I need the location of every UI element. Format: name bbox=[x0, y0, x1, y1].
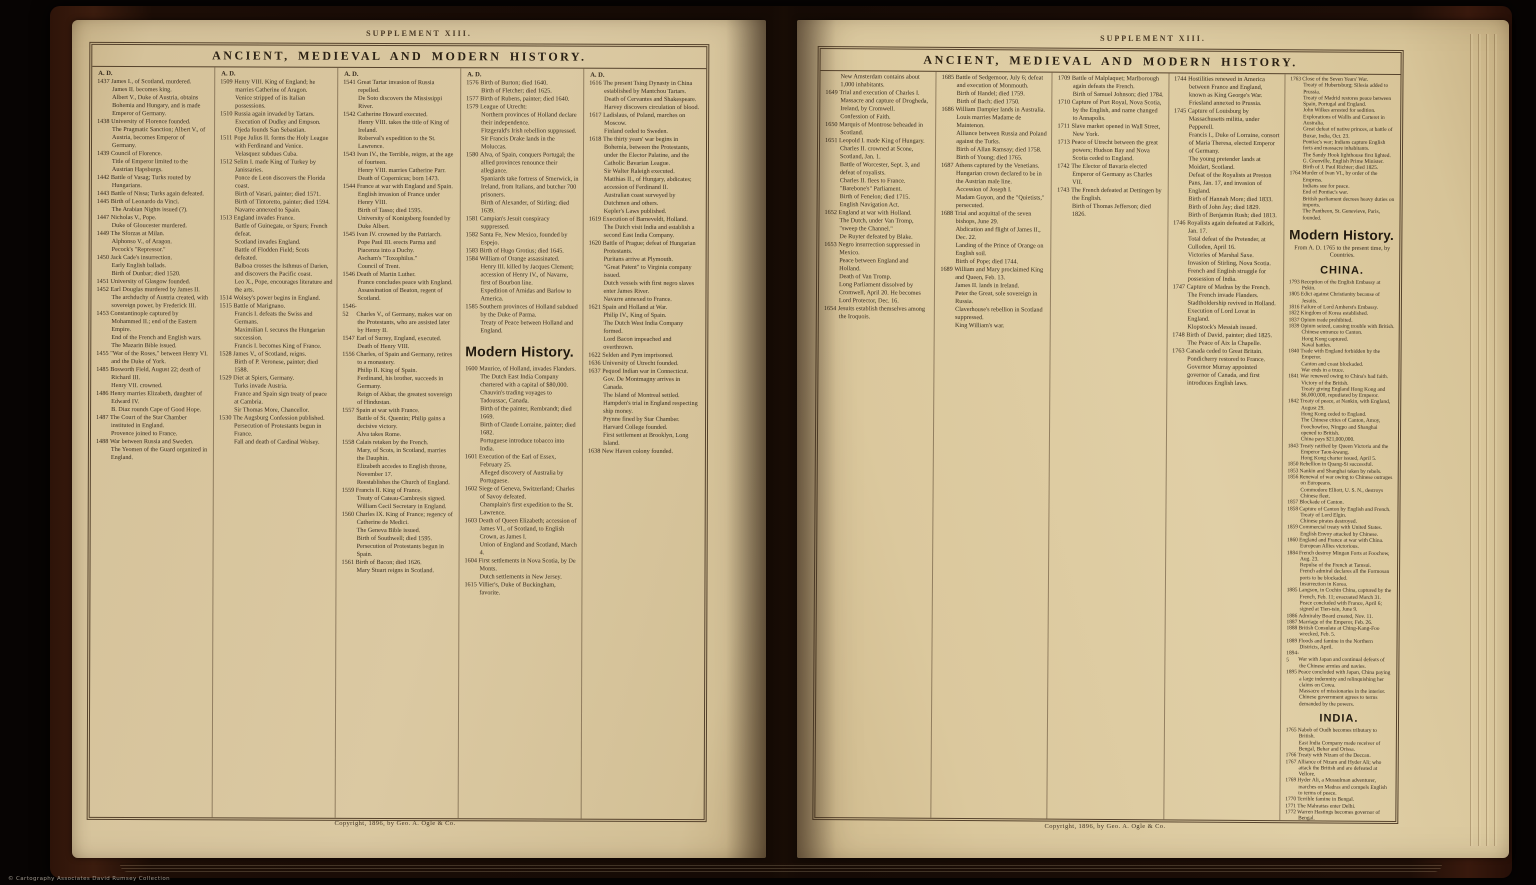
entry-year: 1576 bbox=[466, 79, 480, 87]
history-entry: 1615Villier's, Duke of Buckingham, favor… bbox=[464, 581, 577, 597]
history-entry: Treaty of Hubertsburg; Silesia added to … bbox=[1290, 83, 1396, 96]
history-entry: Persecution of Protestants begun in Fran… bbox=[219, 422, 332, 438]
history-entry: Elizabeth accedes to English throne, Nov… bbox=[342, 463, 455, 479]
history-entry: The Dutch West India Company formed. bbox=[588, 320, 701, 336]
entry-year: 1560 bbox=[342, 511, 356, 519]
entry-year: 1585 bbox=[465, 303, 479, 311]
entry-year: 1688 bbox=[941, 210, 955, 218]
history-entry: Birth of Alexander, of Stirling; died 16… bbox=[466, 199, 579, 215]
entry-year: 1747 bbox=[1173, 283, 1187, 291]
history-entry: 1765Nabob of Oudh becomes tributary to B… bbox=[1286, 727, 1392, 740]
entry-year: 1745 bbox=[1174, 107, 1188, 115]
history-entry: Sir Francis Drake lands in the Moluccas. bbox=[466, 135, 579, 151]
history-entry: 1843Treaty ratified by Queen Victoria an… bbox=[1288, 443, 1394, 456]
entry-year: 1547 bbox=[342, 335, 356, 343]
history-entry: Venice stripped of its Italian possessio… bbox=[220, 94, 333, 110]
entry-year: 1638 bbox=[588, 448, 602, 456]
entry-year: 1544 bbox=[343, 183, 357, 191]
history-entry: 1581Campian's Jesuit conspiracy suppress… bbox=[466, 215, 579, 231]
entry-year: 1711 bbox=[1058, 123, 1072, 131]
entry-year: 1447 bbox=[97, 214, 111, 222]
chronology-column: A. D.1541Great Tartar invasion of Russia… bbox=[336, 68, 462, 818]
history-entry: 1556Charles, of Spain and Germany, retir… bbox=[342, 351, 455, 367]
country-section-heading: INDIA. bbox=[1286, 712, 1392, 725]
entry-year: 1651 bbox=[825, 137, 839, 145]
entry-year: 1652 bbox=[825, 209, 839, 217]
history-entry: 1638New Haven colony founded. bbox=[588, 448, 701, 456]
entry-year: 1485 bbox=[96, 366, 110, 374]
history-entry: Mary Stuart reigns in Scotland. bbox=[342, 567, 455, 575]
entry-year: 1515 bbox=[219, 302, 233, 310]
history-entry: First settlement at Brooklyn, Long Islan… bbox=[588, 432, 701, 448]
column-ad-label: A. D. bbox=[220, 70, 333, 77]
entry-year: 1805 bbox=[1289, 292, 1301, 298]
history-entry: Francis I. defeats the Swiss and Germans… bbox=[219, 310, 332, 326]
history-entry: 1746Royalists again defeated at Falkirk,… bbox=[1173, 219, 1279, 236]
entry-year: 1840 bbox=[1288, 348, 1300, 354]
history-entry: Pontiac's war; Indians capture English f… bbox=[1290, 139, 1396, 152]
history-entry: Henry III. killed by Jacques Clement; ac… bbox=[466, 263, 579, 287]
history-entry: Portuguese introduce tobacco into India. bbox=[465, 437, 578, 453]
entry-year: 1685 bbox=[942, 74, 956, 82]
history-entry: 1455"War of the Roses," between Henry VI… bbox=[96, 350, 209, 366]
history-entry: University of Konigsberg founded by Duke… bbox=[343, 215, 456, 231]
history-entry: Hampden's trial in England respecting sh… bbox=[588, 400, 701, 416]
history-entry: Alliance between Russia and Poland again… bbox=[941, 130, 1047, 147]
text-columns: New Amsterdam contains about 1,000 inhab… bbox=[815, 71, 1400, 821]
entry-year: 1895 bbox=[1286, 669, 1298, 675]
history-entry: Mary, of Scots, in Scotland, marries the… bbox=[342, 447, 455, 463]
entry-year: 1514 bbox=[219, 294, 233, 302]
history-entry: 1745Capture of Louisburg by Massachusett… bbox=[1174, 107, 1280, 132]
history-entry: Spaniards take fortress of Smerwick, in … bbox=[466, 175, 579, 199]
history-entry: Ferdinand, his brother, succeeds in Germ… bbox=[342, 375, 455, 391]
history-entry: 1602Siege of Geneva, Switzerland; Charle… bbox=[465, 485, 578, 501]
history-entry: 1744Hostilities renewed in America betwe… bbox=[1174, 75, 1280, 100]
entry-year: 1561 bbox=[342, 559, 356, 567]
entry-year: 1763 bbox=[1290, 76, 1302, 82]
column-ad-label: A. D. bbox=[589, 72, 702, 79]
entry-year: 1687 bbox=[941, 162, 955, 170]
history-entry: Balboa crosses the Isthmus of Darien, an… bbox=[220, 262, 333, 278]
entry-year: 1455 bbox=[96, 350, 110, 358]
entry-year: 1889 bbox=[1286, 638, 1298, 644]
supplement-label: SUPPLEMENT XIII. bbox=[797, 34, 1509, 43]
history-entry: The archduchy of Austria created, with s… bbox=[96, 294, 209, 310]
history-entry: Maximilian I. secures the Hungarian succ… bbox=[219, 326, 332, 342]
entry-year: 1793 bbox=[1289, 279, 1301, 285]
entry-year: 1743 bbox=[1057, 187, 1071, 195]
history-entry: Title of Emperor limited to the Austrian… bbox=[97, 158, 210, 174]
entry-year: 1577 bbox=[466, 95, 480, 103]
entry-year: 1858 bbox=[1287, 506, 1299, 512]
entry-year: 1748 bbox=[1172, 331, 1186, 339]
history-entry: Assassination of Beaton, regent of Scotl… bbox=[342, 287, 455, 303]
entry-year: 1445 bbox=[97, 198, 111, 206]
history-entry: Total defeat of the Pretender, at Cullod… bbox=[1173, 235, 1279, 252]
history-entry: 1546-52Charles V., of Germany, makes war… bbox=[342, 303, 455, 335]
history-entry: 1885Langson, in Cochin China, captured b… bbox=[1287, 588, 1393, 601]
entry-year: 1559 bbox=[342, 487, 356, 495]
history-entry: Louis marries Madame de Maintenon. bbox=[941, 114, 1047, 131]
entry-year: 1621 bbox=[588, 304, 602, 312]
entry-year: 1529 bbox=[219, 374, 233, 382]
entry-year: 1637 bbox=[588, 368, 602, 376]
entry-year: 1653 bbox=[824, 241, 838, 249]
history-entry: Albert V., Duke of Austria, obtains Bohe… bbox=[97, 94, 210, 118]
entry-year: 1769 bbox=[1285, 778, 1297, 784]
entry-year: 1710 bbox=[1058, 99, 1072, 107]
entry-year: 1510 bbox=[220, 110, 234, 118]
entry-year: 1650 bbox=[825, 121, 839, 129]
entry-year: 1767 bbox=[1286, 759, 1298, 765]
history-entry: The young pretender lands at Moidart, Sc… bbox=[1173, 155, 1279, 172]
entry-year: 1581 bbox=[466, 215, 480, 223]
entry-year: 1620 bbox=[589, 240, 603, 248]
entry-year: 1616 bbox=[589, 80, 603, 88]
history-entry: The Dutch East India Company chartered w… bbox=[465, 373, 578, 389]
entry-year: 1622 bbox=[588, 352, 602, 360]
entry-year: 1654 bbox=[824, 305, 838, 313]
entry-year: 1437 bbox=[97, 78, 111, 86]
history-entry: Union of England and Scotland, March 4. bbox=[465, 541, 578, 557]
column-ad-label: A. D. bbox=[97, 70, 210, 77]
history-entry: Persecution of Protestants begun in Spai… bbox=[342, 543, 455, 559]
history-entry: 1442Battle of Vasag; Turks routed by Hun… bbox=[97, 174, 210, 190]
history-entry: 1889Floods and famine in the Northern Di… bbox=[1286, 638, 1392, 651]
history-entry: 1654Jesuits establish themselves among t… bbox=[824, 305, 930, 322]
entry-year: 1583 bbox=[466, 247, 480, 255]
entry-year: 1487 bbox=[96, 414, 110, 422]
entry-year: 1888 bbox=[1286, 625, 1298, 631]
entry-year: 1772 bbox=[1285, 809, 1297, 815]
entry-year: 1742 bbox=[1057, 163, 1071, 171]
history-entry: Fall and death of Cardinal Wolsey. bbox=[219, 438, 332, 446]
history-entry: France and Spain sign treaty of peace at… bbox=[219, 390, 332, 406]
history-entry: "Great Patent" to Virginia company issue… bbox=[589, 264, 702, 280]
history-entry: 1888British Consulate at Ching-Kang-Foo … bbox=[1286, 625, 1392, 638]
entry-year: 1636 bbox=[588, 360, 602, 368]
history-entry: Commodore Elliott, U. S. N., destroys Ch… bbox=[1287, 487, 1393, 500]
entry-year: 1885 bbox=[1287, 588, 1299, 594]
entry-year: 1602 bbox=[465, 485, 479, 493]
history-entry: The Chinese cities of Canton, Amoy, Fooc… bbox=[1288, 418, 1394, 438]
history-entry: Roberval's expedition to the St. Lawrenc… bbox=[343, 135, 456, 151]
entry-year: 1600 bbox=[465, 365, 479, 373]
history-entry: Battle of Guinegate, or Spurs; French de… bbox=[220, 222, 333, 238]
history-entry: 1772Warren Hastings becomes governor of … bbox=[1285, 809, 1391, 821]
history-entry: Battle of Flodden Field; Scots defeated. bbox=[220, 246, 333, 262]
history-entry: 1710Capture of Port Royal, Nova Scotia, … bbox=[1058, 99, 1164, 124]
history-entry: 1856Renewal of war owing to Chinese outr… bbox=[1287, 474, 1393, 487]
entry-year: 1528 bbox=[219, 350, 233, 358]
column-ad-label: A. D. bbox=[343, 71, 456, 78]
text-columns: A. D.1437James I., of Scotland, murdered… bbox=[90, 67, 707, 819]
history-entry: Battle of Worcester, Sept. 3, and defeat… bbox=[825, 161, 931, 178]
entry-year: 1542 bbox=[343, 111, 357, 119]
history-entry: 1485Bosworth Field, August 22; death of … bbox=[96, 366, 209, 382]
history-entry: Charles II. crowned at Scone, Scotland, … bbox=[825, 145, 931, 162]
entry-year: 1557 bbox=[342, 407, 356, 415]
history-entry: 1894-5War with Japan and continual defea… bbox=[1286, 651, 1392, 671]
history-entry: Birth of the painter, Rembrandt; died 16… bbox=[465, 405, 578, 421]
entry-year: 1556 bbox=[342, 351, 356, 359]
history-entry: 1650Marquis of Montrose beheaded in Scot… bbox=[825, 121, 931, 138]
page-frame: ANCIENT, MEDIEVAL AND MODERN HISTORY. Ne… bbox=[812, 46, 1403, 824]
chronology-column: A. D.1616The present Tsing Dynasty in Ch… bbox=[582, 69, 707, 819]
history-entry: Execution of Lord Lovat in England. bbox=[1172, 307, 1278, 324]
history-entry: Peace concluded with France, April 6; si… bbox=[1287, 600, 1393, 613]
entry-year: 1859 bbox=[1287, 525, 1299, 531]
history-entry: Long Parliament dissolved by Cromwell, A… bbox=[824, 281, 930, 306]
chronology-column: A. D.1576Birth of Burton; died 1640.Birt… bbox=[459, 68, 585, 818]
page-title: ANCIENT, MEDIEVAL AND MODERN HISTORY. bbox=[92, 45, 706, 69]
entry-year: 1764 bbox=[1290, 171, 1302, 177]
entry-year: 1860 bbox=[1287, 537, 1299, 543]
entry-year: 1558 bbox=[342, 439, 356, 447]
country-section-heading: CHINA. bbox=[1289, 264, 1395, 277]
history-entry: Pope Paul III. erects Parma and Piacenza… bbox=[343, 239, 456, 255]
entry-year: 1541 bbox=[343, 79, 357, 87]
chronology-column: 1685Battle of Sedgemoor, July 6; defeat … bbox=[932, 72, 1053, 819]
entry-year: 1486 bbox=[96, 390, 110, 398]
history-entry: Peter the Great, sole sovereign in Russi… bbox=[940, 290, 1046, 307]
history-entry: 1767Alliance of Nizam and Hyder Ali; who… bbox=[1285, 759, 1391, 779]
history-entry: Chauvin's trading voyages to Tadoussac, … bbox=[465, 389, 578, 405]
page-left: SUPPLEMENT XIII. ANCIENT, MEDIEVAL AND M… bbox=[72, 20, 766, 858]
history-entry: 1689William and Mary proclaimed King and… bbox=[940, 266, 1046, 283]
entry-year: 1842 bbox=[1288, 399, 1300, 405]
history-entry: The Pantheon, St. Genevieve, Paris, foun… bbox=[1289, 208, 1395, 221]
history-entry: 1453Constantinople captured by Mohammed … bbox=[96, 310, 209, 334]
entry-year: 1453 bbox=[96, 310, 110, 318]
history-entry: Birth of Claude Lorraine, painter; died … bbox=[465, 421, 578, 437]
entry-year: 1841 bbox=[1288, 374, 1300, 380]
entry-year: 1443 bbox=[97, 190, 111, 198]
history-entry: 1743The French defeated at Dettingen by … bbox=[1057, 187, 1163, 204]
entry-year: 1438 bbox=[97, 118, 111, 126]
history-entry: English invasion of France under Henry V… bbox=[343, 191, 456, 207]
history-entry: Birth of Thomas Jefferson; died 1826. bbox=[1057, 203, 1163, 220]
modern-history-heading: Modern History. bbox=[465, 343, 578, 359]
entry-year: 1450 bbox=[97, 254, 111, 262]
history-entry: Massacre and capture of Drogheda, Irelan… bbox=[825, 97, 931, 114]
chronology-column: 1744Hostilities renewed in America betwe… bbox=[1164, 73, 1285, 820]
history-entry: East India Company made receiver of Beng… bbox=[1286, 740, 1392, 753]
history-entry: 1585Southern provinces of Holland subdue… bbox=[465, 303, 578, 319]
history-entry: De Soto discovers the Mississippi River. bbox=[343, 95, 456, 111]
entry-year: 1603 bbox=[465, 517, 479, 525]
history-entry: 1543Ivan IV., the Terrible, reigns, at t… bbox=[343, 151, 456, 167]
history-entry: 1603Death of Queen Elizabeth; accession … bbox=[465, 517, 578, 541]
history-entry: Gov. De Montmagny arrives in Canada. bbox=[588, 376, 701, 392]
copyright-line: Copyright, 1896, by Geo. A. Ogle & Co. bbox=[815, 823, 1395, 830]
history-entry: 1884French destroy Mingan Forts at Fooch… bbox=[1287, 550, 1393, 563]
entry-year: 1439 bbox=[97, 150, 111, 158]
entry-year: 1601 bbox=[465, 453, 479, 461]
history-entry: 1511Pope Julius II. forms the Holy Leagu… bbox=[220, 134, 333, 150]
history-entry: Leo X., Pope, encourages literature and … bbox=[219, 278, 332, 294]
history-entry: 1895Peace concluded with Japan, China pa… bbox=[1286, 669, 1392, 689]
history-entry: Expedition of Amidas and Barlow to Ameri… bbox=[465, 287, 578, 303]
entry-year: 1449 bbox=[97, 230, 111, 238]
history-entry: The Dutch visit India and establish a se… bbox=[589, 224, 702, 240]
history-entry: The Pragmatic Sanction; Albert V., of Au… bbox=[97, 126, 210, 150]
entry-year: 1894-5 bbox=[1286, 651, 1298, 664]
history-entry: The Dutch, under Van Tromp, "sweep the C… bbox=[824, 217, 930, 234]
chronology-column: New Amsterdam contains about 1,000 inhab… bbox=[815, 71, 936, 818]
entry-year: 1451 bbox=[97, 278, 111, 286]
history-entry: French and English struggle for possessi… bbox=[1173, 267, 1279, 284]
history-entry: 1620Battle of Prague; defeat of Hungaria… bbox=[589, 240, 702, 256]
history-entry: 1842Treaty of peace, at Nankin, with Eng… bbox=[1288, 399, 1394, 412]
chronology-column: A. D.1437James I., of Scotland, murdered… bbox=[90, 67, 216, 817]
history-entry: King William's war. bbox=[940, 322, 1046, 331]
chronology-column: 1709Battle of Malplaquet; Marlborough ag… bbox=[1048, 73, 1169, 820]
entry-year: 1546 bbox=[343, 271, 357, 279]
history-entry: 1604First settlements in Nova Scotia, by… bbox=[465, 557, 578, 573]
history-entry: 1764Murder of Ivan VI., by order of the … bbox=[1290, 171, 1396, 184]
history-entry: 1742The Elector of Bavaria elected Emper… bbox=[1057, 163, 1163, 188]
history-entry: Ponce de Leon discovers the Florida coas… bbox=[220, 174, 333, 190]
history-entry: Hungarian crown declared to be in the Au… bbox=[941, 170, 1047, 187]
modern-history-heading: Modern History. bbox=[1289, 227, 1395, 243]
entry-year: 1856 bbox=[1287, 474, 1299, 480]
entry-year: 1545 bbox=[343, 231, 357, 239]
chronology-column: 1763Close of the Seven Years' War.Treaty… bbox=[1280, 74, 1400, 821]
history-entry: 1560Charles IX. King of France; regency … bbox=[342, 511, 455, 527]
entry-year: 1649 bbox=[825, 89, 839, 97]
history-entry: 1616The present Tsing Dynasty in China e… bbox=[589, 80, 702, 96]
history-entry: The Yeomen of the Guard organized in Eng… bbox=[96, 446, 209, 462]
history-entry: 1688Trial and acquittal of the seven bis… bbox=[941, 210, 1047, 227]
entry-year: 1604 bbox=[465, 557, 479, 565]
page-right: SUPPLEMENT XIII. ANCIENT, MEDIEVAL AND M… bbox=[797, 20, 1509, 858]
history-entry: Landing of the Prince of Orange on Engli… bbox=[940, 242, 1046, 259]
entry-year: 1442 bbox=[97, 174, 111, 182]
history-entry: Francis I., Duke of Lorraine, consort of… bbox=[1174, 131, 1280, 156]
history-entry: 1653Negro insurrection suppressed in Mex… bbox=[824, 241, 930, 258]
history-entry: 1582Santa Fe, New Mexico, founded by Esp… bbox=[466, 231, 579, 247]
entry-year: 1582 bbox=[466, 231, 480, 239]
history-entry: Defeat of the Royalists at Preston Pans,… bbox=[1173, 171, 1279, 196]
entry-year: 1843 bbox=[1288, 443, 1300, 449]
atlas-scan: SUPPLEMENT XIII. ANCIENT, MEDIEVAL AND M… bbox=[0, 0, 1536, 885]
entry-year: 1579 bbox=[466, 103, 480, 111]
history-entry: 1601Execution of the Earl of Essex, Febr… bbox=[465, 453, 578, 469]
history-entry: 1709Battle of Malplaquet; Marlborough ag… bbox=[1058, 75, 1164, 92]
history-entry: 1685Battle of Sedgemoor, July 6; defeat … bbox=[942, 74, 1048, 91]
entry-year: 1839 bbox=[1289, 323, 1301, 329]
entry-year: 1617 bbox=[589, 112, 603, 120]
history-entry: Treaty of Peace between Holland and Engl… bbox=[465, 319, 578, 335]
entry-year: 1746 bbox=[1173, 219, 1187, 227]
entry-year: 1884 bbox=[1287, 550, 1299, 556]
entry-year: 1709 bbox=[1058, 75, 1072, 83]
history-entry: Champlain's first expedition to the St. … bbox=[465, 501, 578, 517]
history-entry: British parliament decrees heavy duties … bbox=[1289, 196, 1395, 209]
entry-year: 1689 bbox=[940, 266, 954, 274]
history-entry: 1618The thirty years' war begins in Bohe… bbox=[589, 136, 702, 168]
history-entry: Henry VIII. takes the title of King of I… bbox=[343, 119, 456, 135]
entry-year: 1615 bbox=[464, 581, 478, 589]
history-entry: Peace between England and Holland. bbox=[824, 257, 930, 274]
history-entry: Dutch vessels with first negro slaves en… bbox=[588, 280, 701, 296]
history-entry: New Amsterdam contains about 1,000 inhab… bbox=[825, 73, 931, 90]
history-entry: 1541Great Tartar invasion of Russia repe… bbox=[343, 79, 456, 95]
entry-year: 1763 bbox=[1172, 347, 1186, 355]
page-frame: ANCIENT, MEDIEVAL AND MODERN HISTORY. A.… bbox=[87, 42, 710, 822]
history-entry: 1840Trade with England forbidden by the … bbox=[1288, 348, 1394, 361]
history-entry: Australian coast surveyed by Dutchmen an… bbox=[589, 192, 702, 208]
entry-year: 1543 bbox=[343, 151, 357, 159]
history-entry: Chinese government agrees to terms deman… bbox=[1286, 695, 1392, 708]
history-entry: 1512Selim I. made King of Turkey by Jani… bbox=[220, 158, 333, 174]
entry-year: 1618 bbox=[589, 136, 603, 144]
entry-year: 1744 bbox=[1174, 75, 1188, 83]
history-entry: 1617Ladislaus, of Poland, marches on Mos… bbox=[589, 112, 702, 128]
history-entry: 1805Edict against Christianity because o… bbox=[1289, 292, 1395, 305]
entry-year: 1488 bbox=[96, 438, 110, 446]
history-entry: 1509Henry VIII. King of England; he marr… bbox=[220, 78, 333, 94]
book-cover: SUPPLEMENT XIII. ANCIENT, MEDIEVAL AND M… bbox=[50, 6, 1512, 878]
entry-year: 1619 bbox=[589, 216, 603, 224]
history-entry: Abdication and flight of James II., Dec.… bbox=[941, 226, 1047, 243]
history-entry: Alleged discovery of Australia by Portug… bbox=[465, 469, 578, 485]
entry-year: 1713 bbox=[1057, 139, 1071, 147]
entry-year: 1511 bbox=[220, 134, 234, 142]
entry-year: 1530 bbox=[219, 414, 233, 422]
column-ad-label: A. D. bbox=[466, 71, 579, 78]
entry-year: 1580 bbox=[466, 151, 480, 159]
history-entry: 1711Slave market opened in Wall Street, … bbox=[1057, 123, 1163, 140]
history-entry: 1486Henry marries Elizabeth, daughter of… bbox=[96, 390, 209, 406]
history-entry: 1580Alva, of Spain, conquers Portugal; t… bbox=[466, 151, 579, 175]
history-entry: Battle of St. Quentin; Philip gains a de… bbox=[342, 415, 455, 431]
history-entry: Northern provinces of Holland declare th… bbox=[466, 111, 579, 127]
chronology-column: A. D.1509Henry VIII. King of England; he… bbox=[213, 67, 339, 817]
history-entry: 1487The Court of the Star Chamber instit… bbox=[96, 414, 209, 430]
entry-year: 1686 bbox=[941, 106, 955, 114]
history-entry: Claverhouse's rebellion in Scotland supp… bbox=[940, 306, 1046, 323]
history-entry: Reign of Akbar, the greatest sovereign o… bbox=[342, 391, 455, 407]
history-entry: Governor Murray appointed governor of Ca… bbox=[1172, 363, 1278, 388]
history-entry: Great defeat of native princes, at battl… bbox=[1290, 127, 1396, 140]
history-entry: Matthias II., of Hungary, abdicates; acc… bbox=[589, 176, 702, 192]
entry-year: 1584 bbox=[466, 255, 480, 263]
history-entry: Madam Guyon, and the "Quietists," persec… bbox=[941, 194, 1047, 211]
history-entry: Birth of P. Veronese, painter; died 1588… bbox=[219, 358, 332, 374]
entry-year: 1452 bbox=[96, 286, 110, 294]
collection-watermark: © Cartography Associates David Rumsey Co… bbox=[8, 876, 170, 882]
history-entry: 1769Hyder Ali, a Mussulman adventurer, m… bbox=[1285, 778, 1391, 798]
copyright-line: Copyright, 1896, by Geo. A. Ogle & Co. bbox=[88, 820, 702, 827]
modern-history-subtitle: From A. D. 1765 to the present time, by … bbox=[1293, 245, 1391, 260]
entry-year: 1512 bbox=[220, 158, 234, 166]
entry-year: 1546-52 bbox=[342, 303, 356, 319]
history-entry: Lord Bacon impeached and overthrown. bbox=[588, 336, 701, 352]
history-entry: French admiral declares all the Formosan… bbox=[1287, 569, 1393, 582]
entry-year: 1513 bbox=[220, 214, 234, 222]
entry-year: 1509 bbox=[220, 78, 234, 86]
history-entry: 1713Peace of Utrecht between the great p… bbox=[1057, 139, 1163, 164]
supplement-label: SUPPLEMENT XIII. bbox=[72, 29, 766, 38]
entry-year: 1765 bbox=[1286, 727, 1298, 733]
